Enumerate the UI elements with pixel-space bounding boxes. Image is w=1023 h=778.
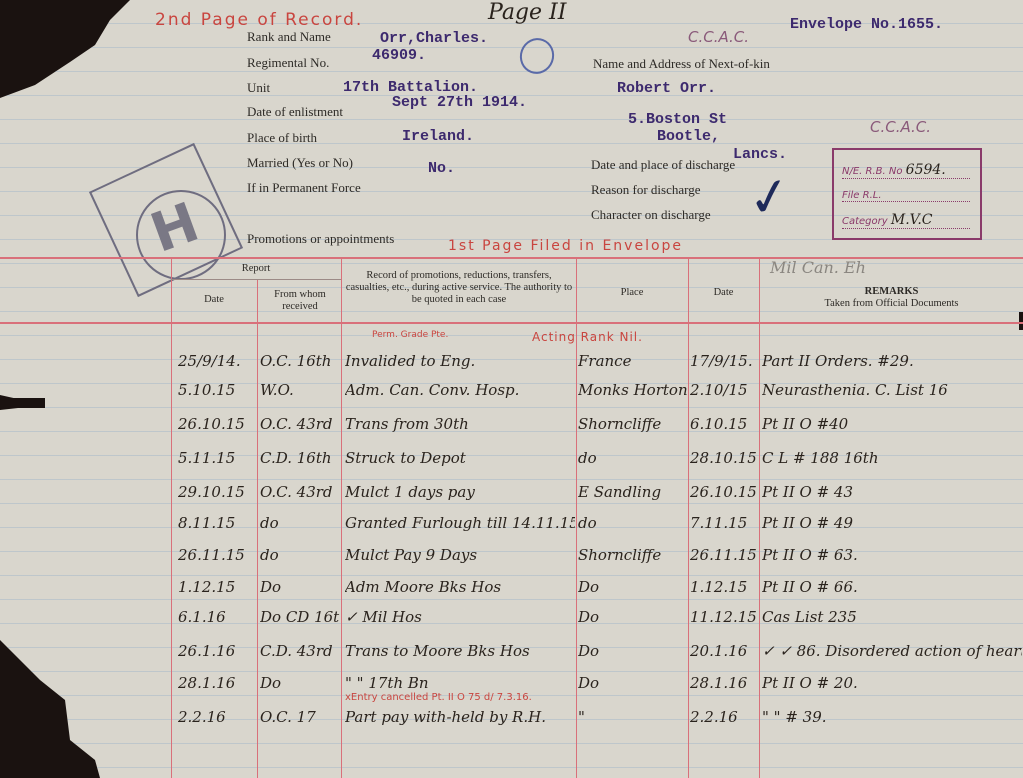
- cell-remarks: Pt II O # 43: [762, 483, 853, 501]
- enlistment-date-value: Sept 27th 1914.: [392, 94, 527, 111]
- rb-number-line: N/E. R.B. No 6594.: [842, 162, 970, 179]
- cell-record: Struck to Depot: [345, 449, 466, 467]
- next-of-kin-street: 5.Boston St: [628, 111, 727, 128]
- cell-from: do: [260, 514, 279, 532]
- cell-remarks: " " # 39.: [762, 708, 827, 726]
- torn-edge: [0, 398, 45, 408]
- cell-from: Do: [260, 674, 281, 692]
- col-header-remarks-sub: Taken from Official Documents: [760, 298, 1023, 310]
- cell-date2: 17/9/15.: [690, 352, 753, 370]
- cell-date2: 26.10.15: [690, 483, 757, 501]
- married-label: Married (Yes or No): [247, 155, 353, 171]
- cell-from: Do: [260, 578, 281, 596]
- file-label: File R.L.: [842, 190, 882, 201]
- cell-from: O.C. 43rd: [260, 415, 333, 433]
- column-divider: [759, 258, 760, 778]
- entry-cancelled-note: xEntry cancelled Pt. II O 75 d/ 7.3.16.: [345, 692, 532, 703]
- table-top-rule: [0, 257, 1023, 259]
- cell-record: ✓ Mil Hos: [345, 608, 422, 626]
- cell-from: do: [260, 546, 279, 564]
- col-header-date: Date: [171, 294, 257, 306]
- cell-date: 26.1.16: [178, 642, 235, 660]
- cell-remarks: Pt II O #40: [762, 415, 848, 433]
- report-header: Report: [171, 263, 341, 275]
- col-header-remarks: REMARKS: [760, 286, 1023, 298]
- rb-number-value: 6594.: [906, 162, 946, 178]
- discharge-character-label: Character on discharge: [591, 207, 711, 223]
- cell-record: Mulct 1 days pay: [345, 483, 475, 501]
- cell-remarks: C L # 188 16th: [762, 449, 878, 467]
- cell-remarks: Pt II O # 20.: [762, 674, 858, 692]
- cell-date: 1.12.15: [178, 578, 235, 596]
- married-value: No.: [428, 160, 455, 177]
- regimental-no-label: Regimental No.: [247, 55, 329, 71]
- cell-from: Do CD 16th: [260, 608, 340, 626]
- cell-date: 29.10.15: [178, 483, 245, 501]
- cell-record: Adm Moore Bks Hos: [345, 578, 501, 596]
- col-header-place: Place: [576, 287, 688, 299]
- cell-date: 26.11.15: [178, 546, 245, 564]
- cell-date2: 26.11.15: [690, 546, 757, 564]
- next-of-kin-town: Bootle,: [657, 128, 720, 145]
- cell-date2: 20.1.16: [690, 642, 747, 660]
- cell-place: France: [578, 352, 631, 370]
- col-header-date-2: Date: [688, 287, 759, 299]
- first-page-filed-note: 1st Page Filed in Envelope: [448, 238, 683, 254]
- cell-date: 28.1.16: [178, 674, 235, 692]
- cell-date: 8.11.15: [178, 514, 235, 532]
- cell-date: 6.1.16: [178, 608, 226, 626]
- next-of-kin-label: Name and Address of Next-of-kin: [593, 56, 770, 72]
- permanent-force-label: If in Permanent Force: [247, 180, 361, 196]
- perm-grade-note: Perm. Grade Pte.: [372, 330, 448, 340]
- cell-place: Do: [578, 608, 599, 626]
- category-label: Category: [842, 216, 888, 227]
- acting-rank-note: Acting Rank Nil.: [532, 330, 643, 344]
- page-marker: Page II: [488, 0, 566, 25]
- cell-date2: 7.11.15: [690, 514, 747, 532]
- category-stamp: N/E. R.B. No 6594. File R.L. Category M.…: [832, 148, 982, 240]
- cell-date2: 2.10/15: [690, 381, 748, 399]
- column-divider: [341, 258, 342, 778]
- cell-record: Part pay with-held by R.H.: [345, 708, 546, 726]
- cell-place: E Sandling: [578, 483, 661, 501]
- unit-label: Unit: [247, 80, 270, 96]
- cell-from: O.C. 17: [260, 708, 316, 726]
- cell-date2: 1.12.15: [690, 578, 747, 596]
- cell-from: C.D. 16th: [260, 449, 332, 467]
- birthplace-label: Place of birth: [247, 130, 317, 146]
- col-header-from-whom: From whom received: [262, 289, 338, 313]
- cell-place: Do: [578, 642, 599, 660]
- discharge-reason-label: Reason for discharge: [591, 182, 701, 198]
- cell-place: Do: [578, 578, 599, 596]
- report-subheader-rule: [171, 279, 341, 280]
- column-divider: [171, 258, 172, 778]
- second-page-annotation: 2nd Page of Record.: [155, 10, 363, 30]
- cell-record: " " 17th Bn: [345, 674, 429, 692]
- cell-date: 25/9/14.: [178, 352, 241, 370]
- category-value: M.V.C: [891, 212, 933, 228]
- col-header-record: Record of promotions, reductions, transf…: [345, 270, 573, 306]
- cell-date2: 11.12.15: [690, 608, 757, 626]
- category-line: Category M.V.C: [842, 212, 970, 229]
- cell-place: do: [578, 449, 597, 467]
- cell-date: 5.11.15: [178, 449, 235, 467]
- cell-remarks: Pt II O # 66.: [762, 578, 858, 596]
- birthplace-value: Ireland.: [402, 128, 474, 145]
- cell-place: Shorncliffe: [578, 415, 661, 433]
- cell-from: W.O.: [260, 381, 294, 399]
- rank-name-label: Rank and Name: [247, 29, 331, 45]
- cell-record: Invalided to Eng.: [345, 352, 475, 370]
- cell-record: Mulct Pay 9 Days: [345, 546, 477, 564]
- cell-date2: 2.2.16: [690, 708, 738, 726]
- cell-date2: 28.1.16: [690, 674, 747, 692]
- regimental-no-value: 46909.: [372, 47, 426, 64]
- cell-remarks: Pt II O # 63.: [762, 546, 858, 564]
- ccac-stamp-2: C.C.A.C.: [870, 118, 931, 136]
- promotions-label: Promotions or appointments: [247, 231, 394, 247]
- cell-remarks: Cas List 235: [762, 608, 857, 626]
- cell-date: 2.2.16: [178, 708, 226, 726]
- next-of-kin-county: Lancs.: [733, 146, 787, 163]
- table-header-rule: [0, 322, 1023, 324]
- cell-date: 5.10.15: [178, 381, 235, 399]
- discharge-date-label: Date and place of discharge: [591, 157, 735, 173]
- cell-record: Granted Furlough till 14.11.15: [345, 514, 575, 532]
- cell-from: O.C. 43rd: [260, 483, 333, 501]
- cell-record: Trans to Moore Bks Hos: [345, 642, 530, 660]
- cell-place: Do: [578, 674, 599, 692]
- cell-from: O.C. 16th: [260, 352, 331, 370]
- cell-place: ": [578, 708, 585, 726]
- cell-record: Adm. Can. Conv. Hosp.: [345, 381, 519, 399]
- envelope-number: Envelope No.1655.: [790, 16, 943, 33]
- page-edge-mark: [1019, 312, 1023, 330]
- rb-number-label: N/E. R.B. No: [842, 166, 902, 177]
- cell-record: Trans from 30th: [345, 415, 469, 433]
- column-divider: [576, 258, 577, 778]
- cell-date2: 28.10.15: [690, 449, 757, 467]
- next-of-kin-name: Robert Orr.: [617, 80, 716, 97]
- column-divider: [688, 258, 689, 778]
- pencil-note: Mil Can. Eh: [770, 258, 866, 277]
- ccac-stamp: C.C.A.C.: [688, 28, 749, 46]
- column-divider: [257, 280, 258, 778]
- cell-remarks: Part II Orders. #29.: [762, 352, 914, 370]
- cell-remarks: Neurasthenia. C. List 16: [762, 381, 948, 399]
- cell-place: do: [578, 514, 597, 532]
- cell-date: 26.10.15: [178, 415, 245, 433]
- cell-date2: 6.10.15: [690, 415, 747, 433]
- cell-from: C.D. 43rd: [260, 642, 333, 660]
- enlistment-date-label: Date of enlistment: [247, 104, 343, 120]
- cell-remarks: ✓ ✓ 86. Disordered action of heart.: [762, 642, 1022, 660]
- file-line: File R.L.: [842, 190, 970, 202]
- rank-name-value: Orr,Charles.: [380, 30, 488, 47]
- cell-place: Shorncliffe: [578, 546, 661, 564]
- cell-remarks: Pt II O # 49: [762, 514, 853, 532]
- cell-place: Monks Horton: [578, 381, 688, 399]
